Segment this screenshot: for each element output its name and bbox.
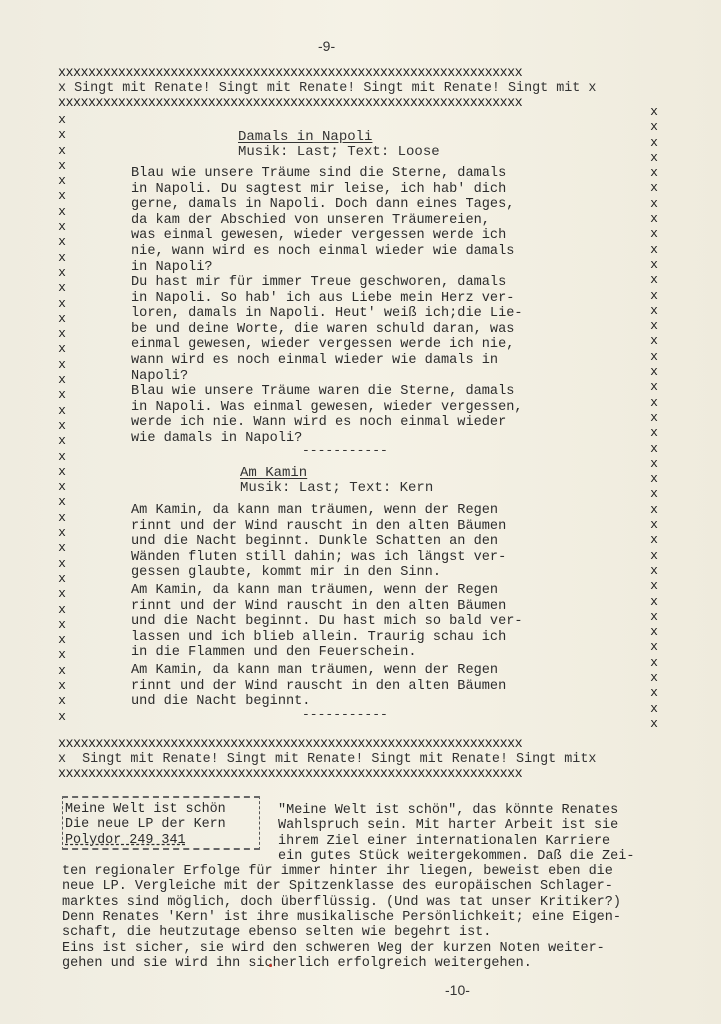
x-border-char: x [58,296,66,311]
lyric-line: und die Nacht beginnt. Dunkle Schatten a… [131,534,571,550]
x-border-char: x [58,204,66,219]
x-border-char: x [58,188,66,203]
lyric-line: in Napoli? [131,260,571,276]
separator-dashes: ----------- [302,707,388,722]
x-border-char: x [58,525,66,540]
x-border-char: x [58,250,66,265]
x-border-char: x [650,303,658,318]
x-border-char: x [650,379,658,394]
x-border-char: x [650,685,658,700]
x-border-char: x [650,196,658,211]
banner-singt-mit-renate-bottom: x Singt mit Renate! Singt mit Renate! Si… [58,752,663,767]
song-credit: Musik: Last; Text: Loose [238,145,440,160]
x-border-char: x [58,265,66,280]
x-border-char: x [650,425,658,440]
x-border-char: x [650,257,658,272]
lyric-line: be und deine Worte, die waren schuld dar… [131,322,571,338]
x-border-char: x [58,540,66,555]
x-border-char: x [650,655,658,670]
x-border-char: x [58,173,66,188]
x-border-char: x [58,387,66,402]
x-border-char: x [58,586,66,601]
article-line: neue LP. Vergleiche mit der Spitzenklass… [62,879,682,894]
x-border-char: x [650,150,658,165]
x-border-char: x [58,158,66,173]
lyric-line: in Napoli. Du sagtest mir leise, ich hab… [131,182,571,198]
x-border-char: x [58,234,66,249]
lyric-line: Blau wie unsere Träume waren die Sterne,… [131,384,571,400]
stanza: Am Kamin, da kann man träumen, wenn der … [131,583,571,661]
lyric-line: werde ich nie. Wann wird es noch einmal … [131,415,571,431]
x-border-char: x [650,272,658,287]
separator-dashes: ----------- [302,443,388,458]
x-border-char: x [58,709,66,724]
x-border-row: xxxxxxxxxxxxxxxxxxxxxxxxxxxxxxxxxxxxxxxx… [58,767,663,782]
x-border-char: x [650,410,658,425]
x-border-column-left: xxxxxxxxxxxxxxxxxxxxxxxxxxxxxxxxxxxxxxxx [56,112,68,724]
lyric-line: gessen glaubte, kommt mir in den Sinn. [131,565,571,581]
x-border-char: x [650,716,658,731]
x-border-char: x [650,502,658,517]
x-border-char: x [650,333,658,348]
lyric-line: gerne, damals in Napoli. Doch dann eines… [131,197,571,213]
x-border-char: x [58,433,66,448]
lyric-line: Napoli? [131,369,571,385]
x-border-char: x [650,639,658,654]
x-border-char: x [58,693,66,708]
x-border-char: x [58,280,66,295]
x-border-char: x [650,548,658,563]
x-border-char: x [650,441,658,456]
lyric-line: Am Kamin, da kann man träumen, wenn der … [131,583,571,599]
x-border-char: x [58,647,66,662]
x-border-char: x [58,678,66,693]
stanza: Du hast mir für immer Treue geschworen, … [131,275,571,384]
x-border-row: xxxxxxxxxxxxxxxxxxxxxxxxxxxxxxxxxxxxxxxx… [58,737,663,752]
x-border-char: x [650,701,658,716]
article-text: "Meine Welt ist schön", das könnte Renat… [62,803,682,971]
x-border-char: x [58,341,66,356]
x-border-char: x [58,479,66,494]
x-border-char: x [650,609,658,624]
lyric-line: nie, wann wird es noch einmal wieder wie… [131,244,571,260]
x-border-char: x [58,449,66,464]
lyric-line: wann wird es noch einmal wieder wie dama… [131,353,571,369]
x-border-char: x [650,456,658,471]
article-line: gehen und sie wird ihn sicherlich erfolg… [62,956,682,971]
x-border-char: x [650,104,658,119]
x-border-char: x [58,311,66,326]
x-border-char: x [650,670,658,685]
x-border-char: x [650,517,658,532]
lyric-line: Am Kamin, da kann man träumen, wenn der … [131,503,571,519]
lyric-line: lassen und ich blieb allein. Traurig sch… [131,630,571,646]
lyric-line: rinnt und der Wind rauscht in den alten … [131,519,571,535]
x-border-char: x [650,471,658,486]
page-number-bottom: -10- [445,982,470,998]
lyric-line: Blau wie unsere Träume sind die Sterne, … [131,166,571,182]
x-border-char: x [58,632,66,647]
article-line: ihrem Ziel einer internationalen Karrier… [62,834,682,849]
x-border-char: x [58,127,66,142]
x-border-char: x [650,532,658,547]
x-border-char: x [58,617,66,632]
x-border-column-right: xxxxxxxxxxxxxxxxxxxxxxxxxxxxxxxxxxxxxxxx… [648,104,660,731]
x-border-char: x [650,395,658,410]
x-border-char: x [58,326,66,341]
lyric-line: loren, damals in Napoli. Heut' weiß ich;… [131,306,571,322]
article-line: Denn Renates 'Kern' ist ihre musikalisch… [62,910,682,925]
banner-singt-mit-renate-top: x Singt mit Renate! Singt mit Renate! Si… [58,81,663,96]
x-border-char: x [58,219,66,234]
lyric-line: rinnt und der Wind rauscht in den alten … [131,679,571,695]
x-border-char: x [650,624,658,639]
lyric-line: Du hast mir für immer Treue geschworen, … [131,275,571,291]
lyric-line: und die Nacht beginnt. Du hast mich so b… [131,614,571,630]
x-border-char: x [58,418,66,433]
x-border-char: x [58,143,66,158]
x-border-char: x [58,571,66,586]
lyric-line: in Napoli. So hab' ich aus Liebe mein He… [131,291,571,307]
x-border-char: x [58,556,66,571]
song-title: Damals in Napoli [238,130,372,145]
article-line: Wahlspruch sein. Mit harter Arbeit ist s… [62,818,682,833]
article-line: ten regionaler Erfolge für immer hinter … [62,864,682,879]
song-title: Am Kamin [240,466,307,481]
x-border-char: x [58,403,66,418]
x-border-char: x [58,494,66,509]
article-line: ein gutes Stück weitergekommen. Daß die … [62,849,682,864]
x-border-char: x [58,112,66,127]
lyric-line: in Napoli. Was einmal gewesen, wieder ve… [131,400,571,416]
x-border-char: x [58,602,66,617]
lyric-line: in die Flammen und den Feuerschein. [131,645,571,661]
x-border-char: x [650,364,658,379]
x-border-char: x [650,119,658,134]
x-border-row: xxxxxxxxxxxxxxxxxxxxxxxxxxxxxxxxxxxxxxxx… [58,96,663,111]
x-border-char: x [650,594,658,609]
article-line: Eins ist sicher, sie wird den schweren W… [62,941,682,956]
x-border-char: x [650,226,658,241]
x-border-char: x [650,578,658,593]
article-line: "Meine Welt ist schön", das könnte Renat… [62,803,682,818]
x-border-char: x [650,180,658,195]
stanza: Blau wie unsere Träume sind die Sterne, … [131,166,571,275]
x-border-char: x [58,372,66,387]
stanza: Am Kamin, da kann man träumen, wenn der … [131,663,571,710]
song-credit: Musik: Last; Text: Kern [240,481,433,496]
lyric-line: einmal gewesen, wieder vergessen werde i… [131,337,571,353]
x-border-char: x [58,663,66,678]
lyric-line: Am Kamin, da kann man träumen, wenn der … [131,663,571,679]
x-border-char: x [650,349,658,364]
x-border-char: x [650,165,658,180]
x-border-char: x [650,288,658,303]
lyric-line: Wänden fluten still dahin; was ich längs… [131,550,571,566]
article-line: marktes sind möglich, doch überflüssig. … [62,895,682,910]
page-number-top: -9- [318,38,335,54]
x-border-char: x [58,464,66,479]
x-border-char: x [650,211,658,226]
article-line: schaft, die heutzutage ebenso selten wie… [62,925,682,940]
x-border-char: x [650,135,658,150]
x-border-row: xxxxxxxxxxxxxxxxxxxxxxxxxxxxxxxxxxxxxxxx… [58,66,663,81]
typewritten-page: -9- xxxxxxxxxxxxxxxxxxxxxxxxxxxxxxxxxxxx… [0,0,721,1024]
x-border-char: x [58,510,66,525]
lyric-line: rinnt und der Wind rauscht in den alten … [131,599,571,615]
x-border-char: x [650,242,658,257]
red-ink-mark [269,964,272,967]
lyric-line: da kam der Abschied von unseren Träumere… [131,213,571,229]
stanza: Blau wie unsere Träume waren die Sterne,… [131,384,571,446]
lyric-line: was einmal gewesen, wieder vergessen wer… [131,228,571,244]
x-border-char: x [650,486,658,501]
x-border-char: x [58,357,66,372]
stanza: Am Kamin, da kann man träumen, wenn der … [131,503,571,581]
x-border-char: x [650,318,658,333]
x-border-char: x [650,563,658,578]
